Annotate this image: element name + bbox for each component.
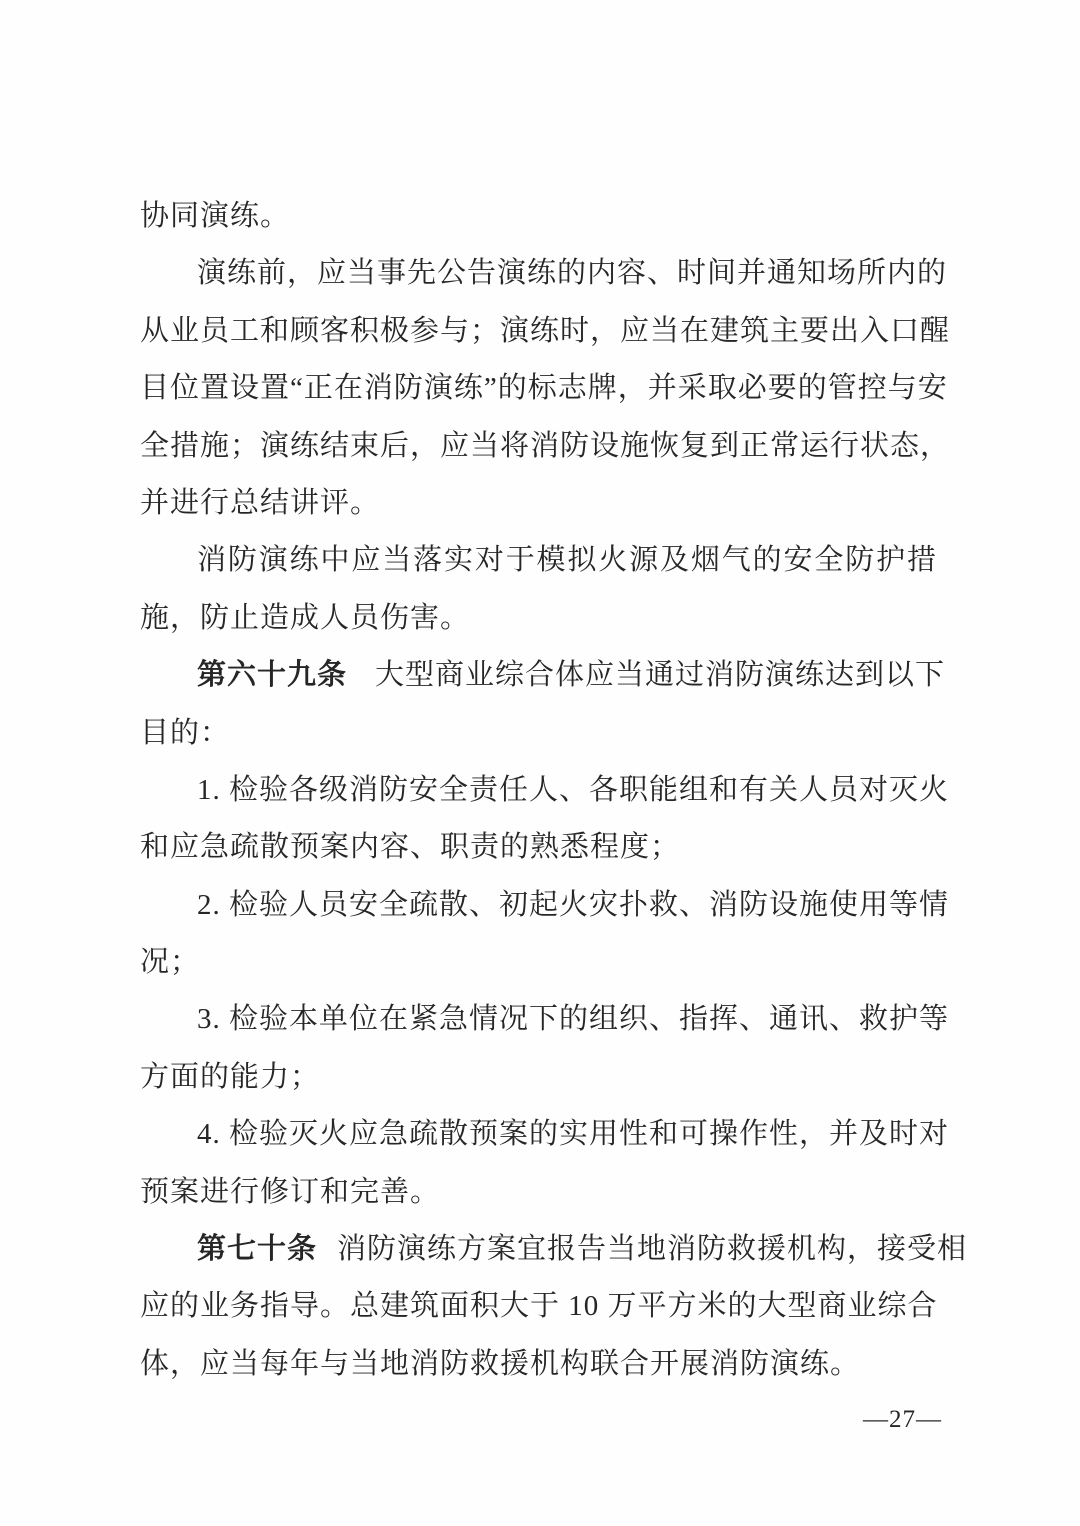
- page-number: —27—: [863, 1406, 942, 1434]
- article-number: 第七十条: [197, 1233, 317, 1265]
- text-line: 体，应当每年与当地消防救援机构联合开展消防演练。: [140, 1336, 937, 1393]
- text-line: 4. 检验灭火应急疏散预案的实用性和可操作性，并及时对: [140, 1106, 937, 1163]
- text-line: 从业员工和顾客积极参与；演练时，应当在建筑主要出入口醒: [140, 303, 937, 360]
- text-line: 3. 检验本单位在紧急情况下的组织、指挥、通讯、救护等: [140, 991, 937, 1048]
- text-line: 1. 检验各级消防安全责任人、各职能组和有关人员对灭火: [140, 762, 937, 819]
- text-line: 应的业务指导。总建筑面积大于 10 万平方米的大型商业综合: [140, 1278, 937, 1335]
- text-line-article-70: 第七十条消防演练方案宜报告当地消防救援机构，接受相: [140, 1221, 937, 1278]
- document-text-block: 协同演练。 演练前，应当事先公告演练的内容、时间并通知场所内的 从业员工和顾客积…: [140, 188, 937, 1393]
- article-number: 第六十九条: [197, 659, 347, 691]
- text-line: 方面的能力；: [140, 1049, 937, 1106]
- text-line: 协同演练。: [140, 188, 937, 245]
- article-text: 大型商业综合体应当通过消防演练达到以下: [375, 659, 945, 691]
- text-line: 消防演练中应当落实对于模拟火源及烟气的安全防护措: [140, 532, 937, 589]
- document-page: 协同演练。 演练前，应当事先公告演练的内容、时间并通知场所内的 从业员工和顾客积…: [0, 0, 1080, 1526]
- text-line: 况；: [140, 934, 937, 991]
- article-text: 消防演练方案宜报告当地消防救援机构，接受相: [337, 1233, 967, 1265]
- text-line: 目的：: [140, 705, 937, 762]
- text-line-article-69: 第六十九条大型商业综合体应当通过消防演练达到以下: [140, 647, 937, 704]
- text-line: 2. 检验人员安全疏散、初起火灾扑救、消防设施使用等情: [140, 877, 937, 934]
- text-line: 施，防止造成人员伤害。: [140, 590, 937, 647]
- text-line: 全措施；演练结束后，应当将消防设施恢复到正常运行状态，: [140, 418, 937, 475]
- text-line: 预案进行修订和完善。: [140, 1164, 937, 1221]
- text-line: 和应急疏散预案内容、职责的熟悉程度；: [140, 819, 937, 876]
- text-line: 目位置设置“正在消防演练”的标志牌，并采取必要的管控与安: [140, 360, 937, 417]
- text-line: 并进行总结讲评。: [140, 475, 937, 532]
- text-line: 演练前，应当事先公告演练的内容、时间并通知场所内的: [140, 245, 937, 302]
